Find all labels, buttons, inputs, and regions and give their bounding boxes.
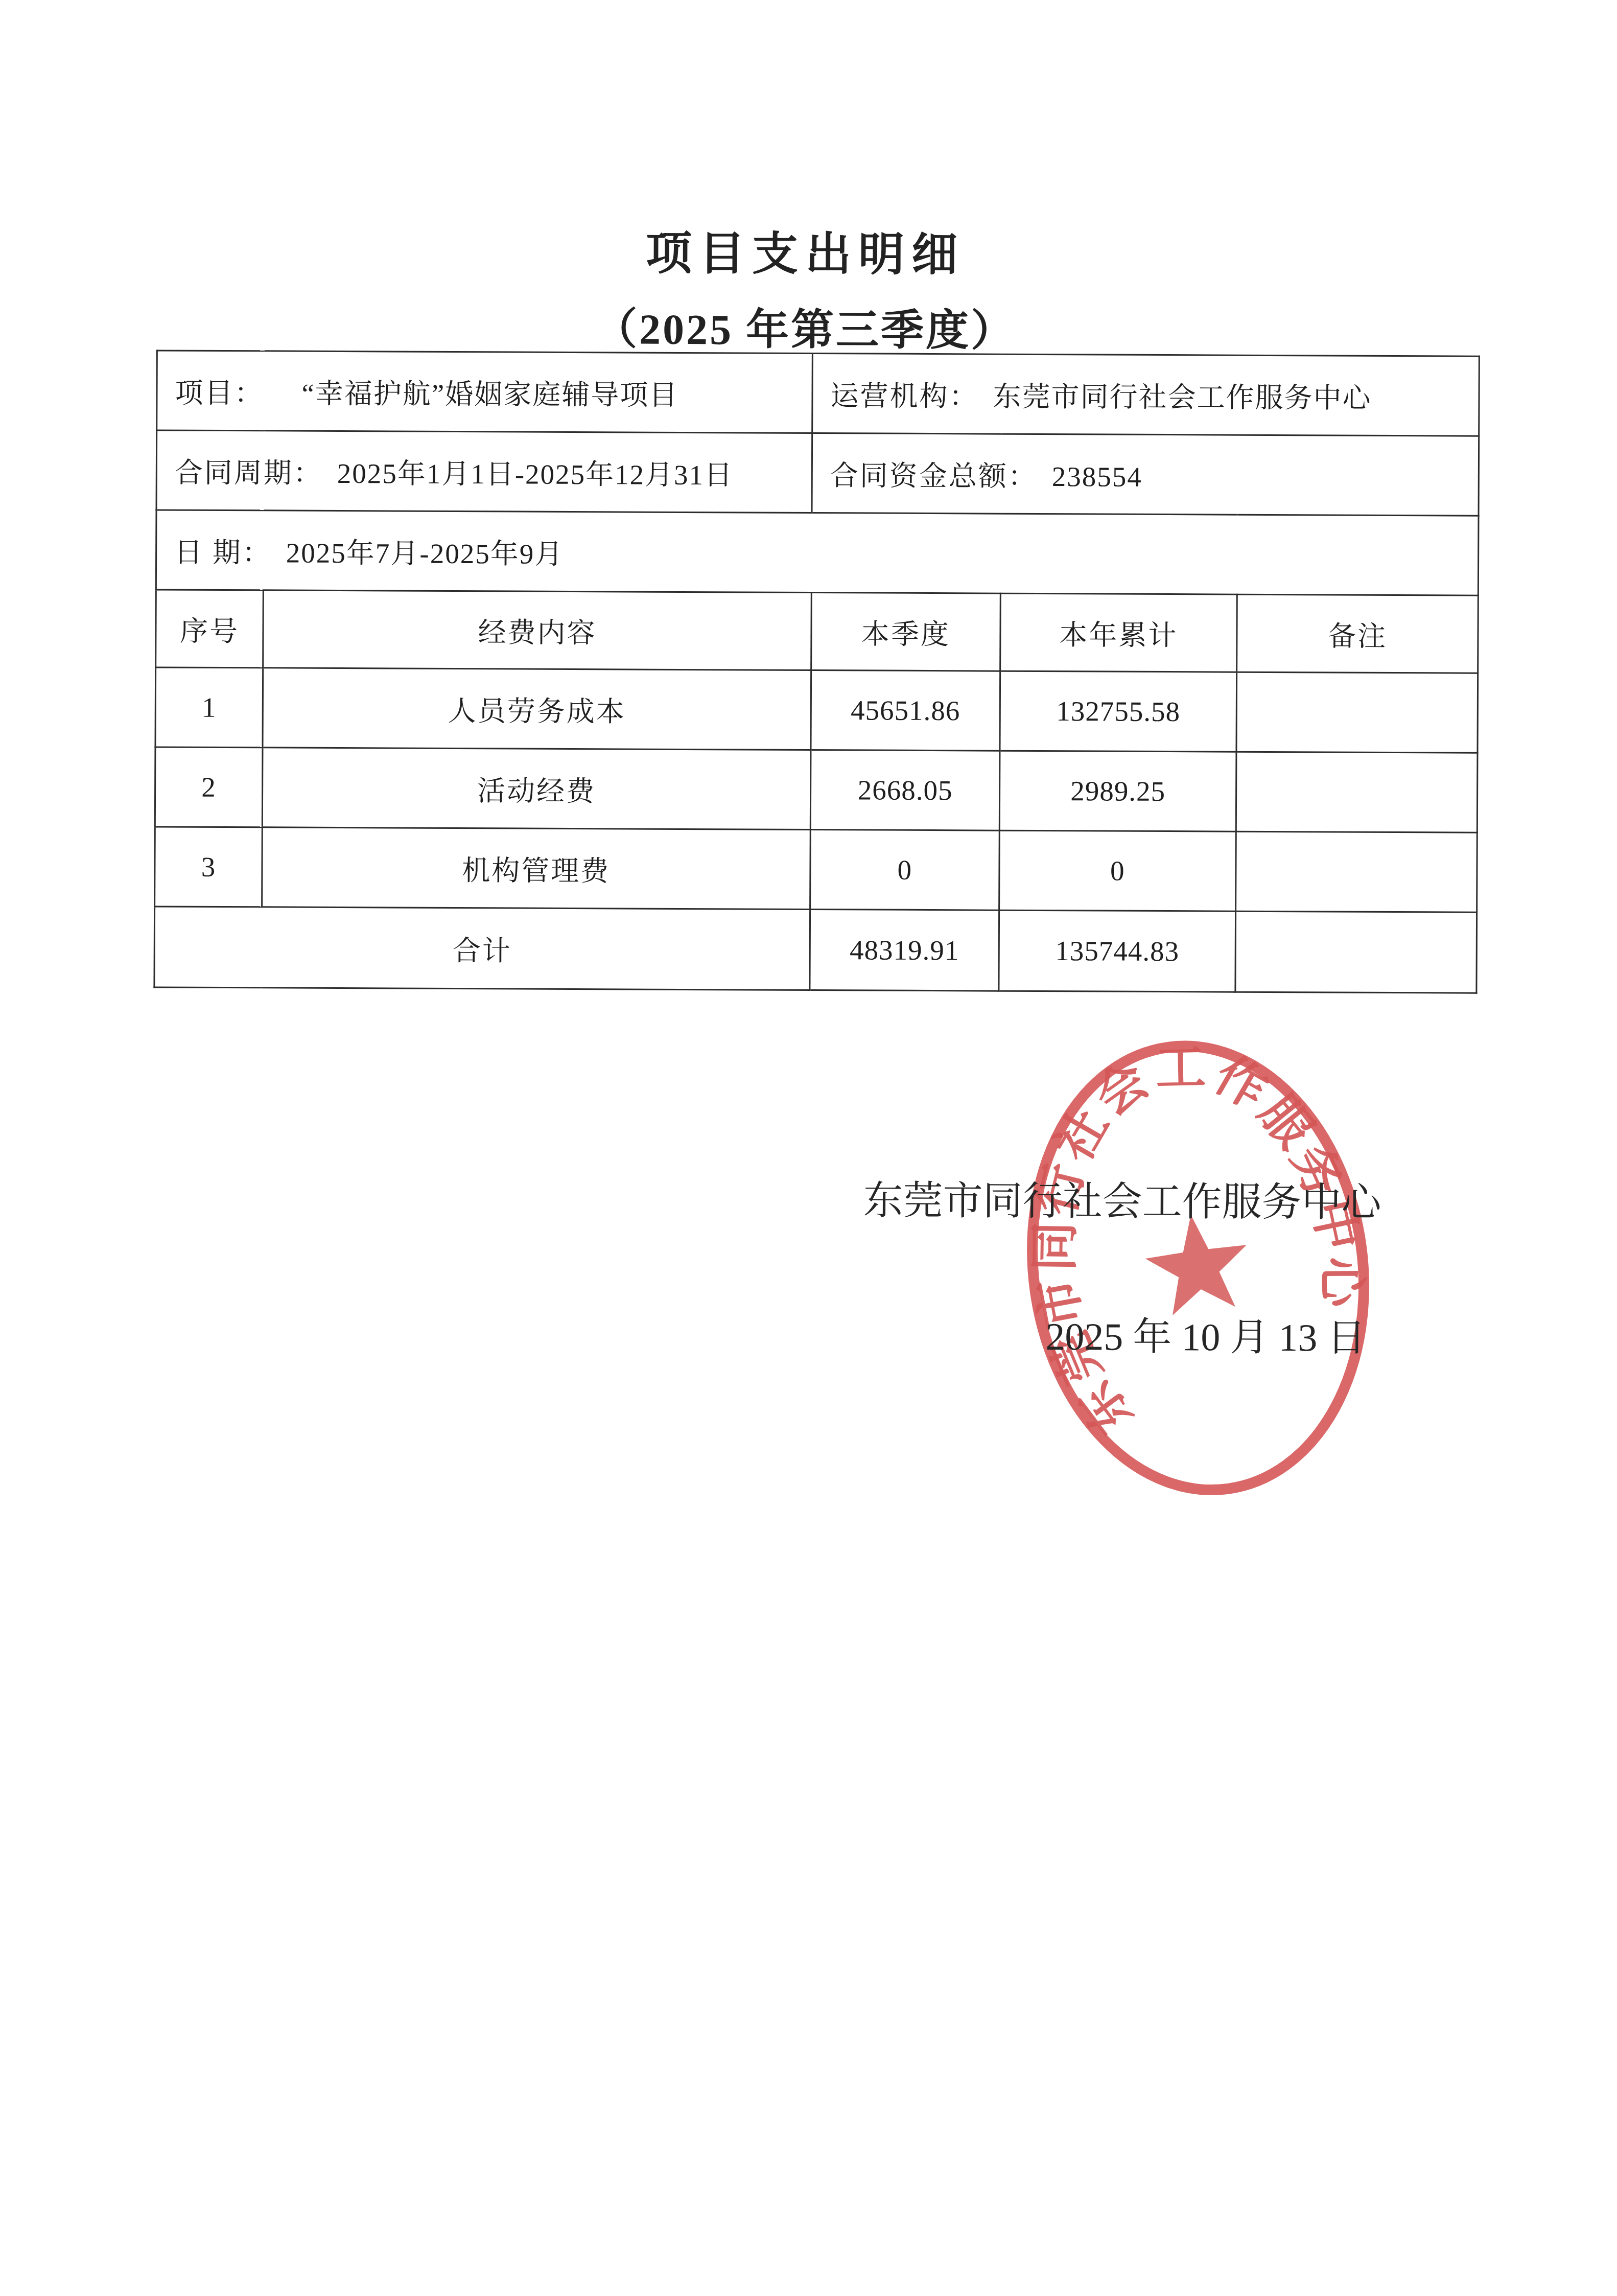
signature-org: 东莞市同行社会工作服务中心 — [863, 1168, 1381, 1227]
header-note: 备注 — [1237, 594, 1479, 673]
row-no: 1 — [155, 667, 263, 748]
date-value: 2025年7月-2025年9月 — [286, 538, 564, 570]
operator-cell: 运营机构：东莞市同行社会工作服务中心 — [812, 354, 1480, 436]
row-no: 2 — [155, 747, 263, 827]
document-sheet: 项目支出明细 （2025 年第三季度） 项目：“幸福护航”婚姻家庭辅导项目 运营… — [0, 0, 1617, 2296]
contract-amount-cell: 合同资金总额：238554 — [812, 433, 1479, 516]
info-row-date: 日 期：2025年7月-2025年9月 — [156, 510, 1479, 595]
row-item: 人员劳务成本 — [263, 668, 811, 750]
page-title: 项目支出明细 — [2, 213, 1609, 287]
operator-value: 东莞市同行社会工作服务中心 — [993, 381, 1371, 414]
date-cell: 日 期：2025年7月-2025年9月 — [156, 510, 1479, 595]
contract-period-label: 合同周期： — [175, 457, 323, 489]
total-ytd: 135744.83 — [999, 910, 1236, 992]
project-value: “幸福护航”婚姻家庭辅导项目 — [301, 378, 678, 411]
project-cell: 项目：“幸福护航”婚姻家庭辅导项目 — [157, 351, 813, 433]
row-ytd: 0 — [999, 830, 1236, 911]
operator-label: 运营机构： — [830, 380, 978, 412]
table-total-row: 合计 48319.91 135744.83 — [154, 907, 1477, 993]
table-header-row: 序号 经费内容 本季度 本年累计 备注 — [156, 590, 1479, 673]
header-ytd: 本年累计 — [1000, 593, 1237, 672]
contract-amount-label: 合同资金总额： — [830, 460, 1038, 492]
header-quarter: 本季度 — [811, 593, 1001, 671]
contract-period-cell: 合同周期：2025年1月1日-2025年12月31日 — [156, 430, 812, 513]
contract-amount-value: 238554 — [1052, 461, 1142, 493]
row-quarter: 2668.05 — [810, 750, 1000, 831]
row-ytd: 2989.25 — [999, 751, 1236, 831]
row-quarter: 45651.86 — [811, 670, 1000, 751]
row-ytd: 132755.58 — [1000, 671, 1237, 752]
row-note — [1236, 672, 1478, 753]
total-label: 合计 — [154, 907, 810, 990]
project-label: 项目： — [175, 378, 264, 409]
date-label: 日 期： — [174, 537, 272, 569]
total-quarter: 48319.91 — [810, 910, 999, 991]
contract-period-value: 2025年1月1日-2025年12月31日 — [337, 458, 734, 491]
header-no: 序号 — [156, 590, 264, 668]
row-item: 活动经费 — [262, 748, 811, 830]
row-item: 机构管理费 — [262, 827, 811, 910]
row-note — [1236, 831, 1478, 912]
official-seal-stamp: 东莞市同行社会工作服务中心 — [993, 1022, 1403, 1514]
table-row: 3 机构管理费 0 0 — [155, 827, 1478, 912]
expense-table: 项目：“幸福护航”婚姻家庭辅导项目 运营机构：东莞市同行社会工作服务中心 合同周… — [153, 350, 1480, 993]
table-row: 2 活动经费 2668.05 2989.25 — [155, 747, 1478, 832]
row-quarter: 0 — [810, 830, 1000, 911]
signature-date: 2025 年 10 月 13 日 — [1045, 1305, 1366, 1362]
row-note — [1236, 752, 1478, 832]
row-no: 3 — [155, 827, 263, 907]
table-row: 1 人员劳务成本 45651.86 132755.58 — [155, 667, 1478, 753]
header-item: 经费内容 — [263, 590, 812, 670]
info-row-project: 项目：“幸福护航”婚姻家庭辅导项目 运营机构：东莞市同行社会工作服务中心 — [157, 351, 1480, 436]
total-note — [1235, 911, 1477, 993]
info-row-contract: 合同周期：2025年1月1日-2025年12月31日 合同资金总额：238554 — [156, 430, 1479, 516]
